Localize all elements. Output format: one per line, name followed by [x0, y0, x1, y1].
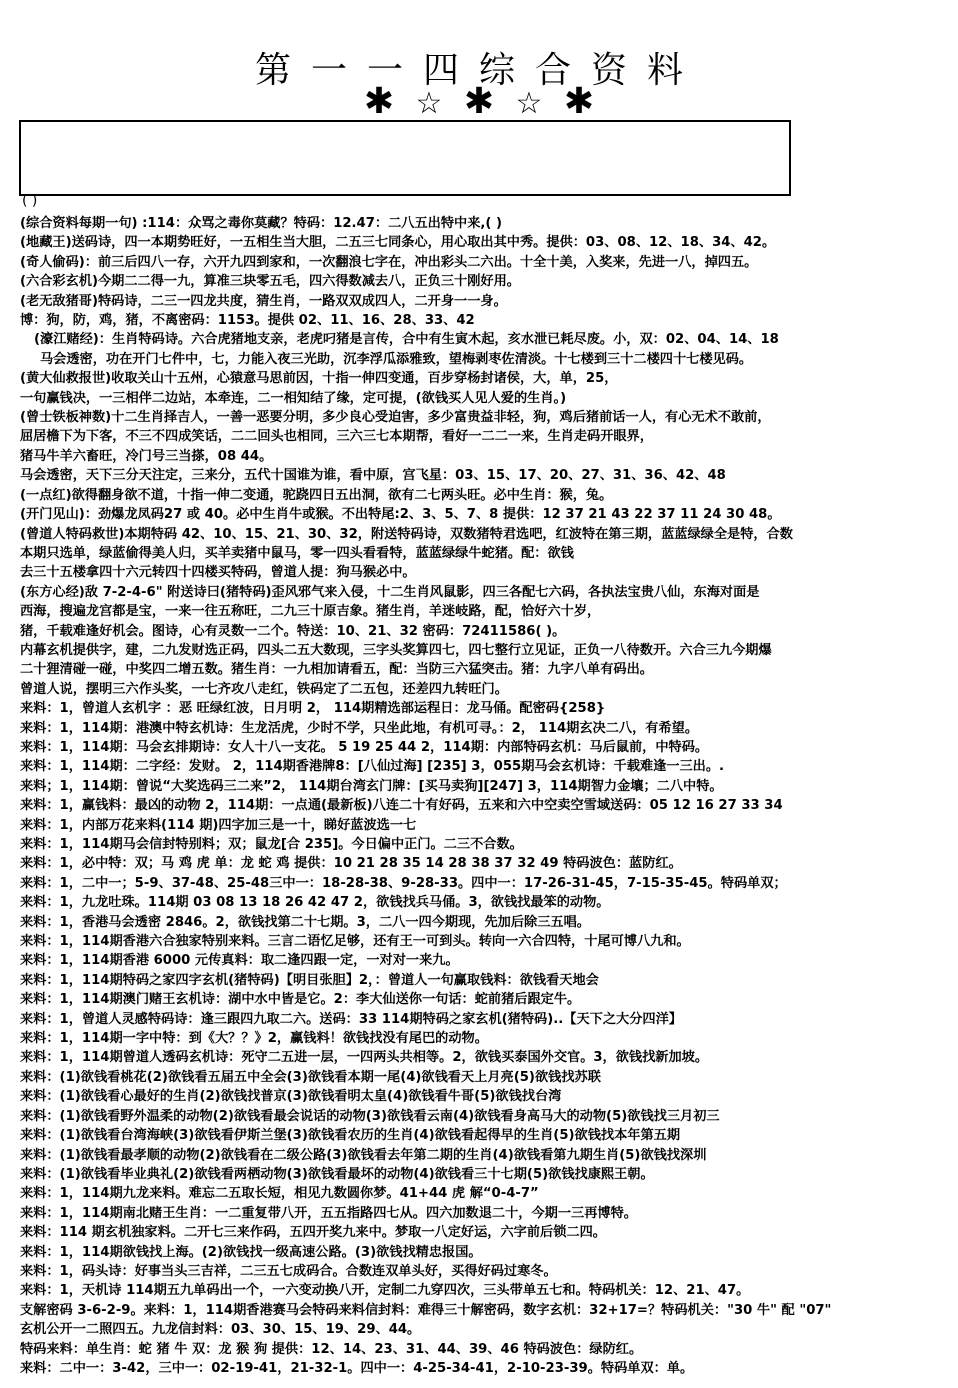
text-line: (开门见山)：劲爆龙凤码27 或 40。必中生肖牛或猴。不出特尾:2、3、5、7…	[20, 505, 955, 524]
text-line: 来料：(1)欲钱看最孝顺的动物(2)欲钱看在二级公路(3)欲钱看去年第二期的生肖…	[20, 1146, 955, 1165]
text-line: 一句赢钱决，一三相伴二边站，本牵连，二一相知结了缘，定可提，(欲钱买人见人爱的生…	[20, 389, 955, 408]
text-line: 来料：1，曾道人灵感特码诗：逢三跟四九取二六。送码：33 114期特码之家玄机(…	[20, 1010, 955, 1029]
text-line: (地藏王)送码诗，四一本期势旺好，一五相生当大胆，二五三七同条心，用心取出其中秀…	[20, 233, 955, 252]
text-line: 猪，千载难逢好机会。图诗，心有灵数一二个。特送：10、21、32 密码：7241…	[20, 622, 955, 641]
text-line: 来料：1，天机诗 114期五九单码出一个，一六变动换八开，定制二九穿四次，三头带…	[20, 1281, 955, 1300]
text-line: 来料：1，114期九龙来料。难忘二五取长短，相见九数圆你梦。41+44 虎 解“…	[20, 1184, 955, 1203]
text-line: 来料：1，114期澳门赌王玄机诗：湖中水中皆是它。2：李大仙送你一句话：蛇前猪后…	[20, 990, 955, 1009]
text-line: 来料：(1)欲钱看野外温柔的动物(2)欲钱看最会说话的动物(3)欲钱看云南(4)…	[20, 1107, 955, 1126]
text-line: 来料：1，内部万花来料(114 期)四字加三是一十，睇好蓝波选一七	[20, 816, 955, 835]
text-line: 来料：(1)欲钱看毕业典礼(2)欲钱看两栖动物(3)欲钱看最坏的动物(4)欲钱看…	[20, 1165, 955, 1184]
text-line: 来料：1，114期：马会玄排期诗：女人十八一支花。 5 19 25 44 2，1…	[20, 738, 955, 757]
text-line: 内幕玄机提供字，建，二九发财选正码，四头二五大数现，三字头奖算四七，四七整行立见…	[20, 641, 955, 660]
text-line: (六合彩玄机)今期二二得一九，算准三块零五毛，四六得数减去八，正负三十刚好用。	[20, 272, 955, 291]
blank-banner-box	[19, 120, 791, 196]
text-line: 博：狗，防，鸡，猪，不离密码：1153。提供 02、11、16、28、33、42	[20, 311, 955, 330]
document-body: (综合资料每期一句) :114：众骂之毒你莫藏？特码：12.47：二八五出特中来…	[20, 214, 955, 1378]
asterisk-star-icon: ✱	[454, 84, 504, 120]
text-line: 来料：114 期玄机独家料。二开七三来作码，五四开奖九来中。梦取一八定好运，六字…	[20, 1223, 955, 1242]
text-line: 马会透密，功在开门七件中，七，力能入夜三光助，沉李浮瓜添雅致，望梅剥枣佐清淡。十…	[20, 350, 955, 369]
text-line: 来料：(1)欲钱看台湾海峡(3)欲钱看伊斯兰堡(3)欲钱看农历的生肖(4)欲钱看…	[20, 1126, 955, 1145]
text-line: 来料；1，114期：曾说“大奖选码三二来”2， 114期台湾玄门牌：[买马卖狗]…	[20, 777, 955, 796]
text-line: 特码来料：单生肖：蛇 猪 牛 双：龙 猴 狗 提供：12、14、23、31、44…	[20, 1340, 955, 1359]
text-line: (东方心经)敌 7-2-4-6" 附送诗曰(猪特码)歪风邪气来入侵，十二生肖风鼠…	[20, 583, 955, 602]
text-line: 来料：1，九龙吐珠。114期 03 08 13 18 26 42 47 2，欲钱…	[20, 893, 955, 912]
asterisk-star-icon: ✱	[354, 84, 404, 120]
text-line: (老无敌猪哥)特码诗，二三一四龙共度，猜生肖，一路双双成四人，二开身一一身。	[20, 292, 955, 311]
text-line: 来料：二中一：3-42，三中一：02-19-41，21-32-1。四中一：4-2…	[20, 1359, 955, 1378]
outline-star-icon: ☆	[504, 86, 554, 122]
text-line: 来料：1，曾道人玄机字 ：恶 旺绿红波，日月明 2， 114期精选部运程日：龙马…	[20, 699, 955, 718]
text-line: (一点红)欲得翻身欲不道，十指一伸二变通，驼跷四日五出洞，欲有二七两头旺。必中生…	[20, 486, 955, 505]
text-line: 来料：(1)欲钱看心最好的生肖(2)欲钱找普京(3)欲钱看明太皇(4)欲钱看牛哥…	[20, 1087, 955, 1106]
text-line: 来料：1，114期一字中特：到《大？？》2，赢钱料！欲钱找没有尾巴的动物。	[20, 1029, 955, 1048]
text-line: 二十狸清碰一碰，中奖四二增五数。猪生肖：一九相加请看五，配：当防三六猛突击。猪：…	[20, 660, 955, 679]
text-line: (曾士铁板神数)十二生肖择吉人，一善一恶要分明，多少良心受迫害，多少富贵益非轻，…	[20, 408, 955, 427]
text-line: 来料：1，114期香港 6000 元传真料：取二逢四跟一定，一对对一来九。	[20, 951, 955, 970]
text-line: 来料：1，114期香港六合独家特别来料。三言二语忆足够，还有王一可到头。转向一六…	[20, 932, 955, 951]
text-line: 来料：1，114期曾道人透码玄机诗：死守二五进一层，一四两头共相等。2，欲钱买泰…	[20, 1048, 955, 1067]
text-line: 来料：(1)欲钱看桃花(2)欲钱看五届五中全会(3)欲钱看本期一尾(4)欲钱看天…	[20, 1068, 955, 1087]
text-line: 来料：1，114期特码之家四字玄机(猪特码)【明目张胆】2，：曾道人一句赢取钱料…	[20, 971, 955, 990]
text-line: 来料：1，114期马会信封特别料；双；鼠龙[合 235]。今日偏中正门。二三不合…	[20, 835, 955, 854]
text-line: 来料：1，香港马会透密 2846。2，欲钱找第二十七期。3，二八一四今期现，先加…	[20, 913, 955, 932]
text-line: 来料：1，二中一；5-9、37-48、25-48三中一：18-28-38、9-2…	[20, 874, 955, 893]
text-line: 本期只选单，绿蓝偷得美人归，买羊卖猪中鼠马，零一四头看看特，蓝蓝绿绿牛蛇猪。配：…	[20, 544, 955, 563]
text-line: (曾道人特码救世)本期特码 42、10、15、21、30、32，附送特码诗，双数…	[20, 525, 955, 544]
text-line: (濠江赌经)：生肖特码诗。六合虎猪地支亲，老虎叼猪是言传，合中有生寅木起，亥水泄…	[20, 330, 955, 349]
text-line: 来料：1，114期南北赌王生肖：一二重复带八开，五五指路四七从。四六加数退二十，…	[20, 1204, 955, 1223]
text-line: 来料：1，114期欲钱找上海。(2)欲钱找一级高速公路。(3)欲钱找精忠报国。	[20, 1243, 955, 1262]
text-line: 来料：1，赢钱料：最凶的动物 2，114期：一点通(最新板)八连二十有好码，五来…	[20, 796, 955, 815]
empty-parenthesis-line: ( )	[22, 193, 322, 209]
text-line: 来料：1，码头诗：好事当头三吉祥，二三五七成码合。合数连双单头好，买得好码过寒冬…	[20, 1262, 955, 1281]
text-line: 来料：1，114期：港澳中特玄机诗：生龙活虎，少时不学，只坐此地，有机可寻。：2…	[20, 719, 955, 738]
text-line: 猪马牛羊六畜旺，冷门号三当搽，08 44。	[20, 447, 955, 466]
text-line: (综合资料每期一句) :114：众骂之毒你莫藏？特码：12.47：二八五出特中来…	[20, 214, 955, 233]
text-line: 玄机公开一二照四五。九龙信封料：03、30、15、19、29、44。	[20, 1320, 955, 1339]
outline-star-icon: ☆	[404, 86, 454, 122]
text-line: 支解密码 3-6-2-9。来料：1，114期香港赛马会特码来料信封料：难得三十解…	[20, 1301, 955, 1320]
text-line: 屈居檐下为下客，不三不四成笑话，二二回头也相同，三六三七本期帮，看好一二二一来，…	[20, 427, 955, 446]
text-line: 来料：1，必中特：双；马 鸡 虎 单：龙 蛇 鸡 提供：10 21 28 35 …	[20, 854, 955, 873]
text-line: 西海，搜遍龙宫都是宝，一来一往五称旺，二九三十原吉象。猪生肖，羊迷岐路，配，恰好…	[20, 602, 955, 621]
text-line: 来料：1，114期：二字经：发财。 2，114期香港牌8：[八仙过海] [235…	[20, 757, 955, 776]
asterisk-star-icon: ✱	[554, 84, 604, 120]
text-line: 马会透密，天下三分天注定，三来分，五代十国谁为谁，看中原，宫飞星：03、15、1…	[20, 466, 955, 485]
text-line: 去三十五楼拿四十六元转四十四楼买特码，曾道人提：狗马猴必中。	[20, 563, 955, 582]
star-decoration-row: ✱☆✱☆✱	[0, 84, 958, 122]
text-line: 曾道人说，摆明三六作头奖，一七齐攻八走红，铁码定了二五包，还差四九转旺门。	[20, 680, 955, 699]
text-line: (黄大仙救报世)收取关山十五州，心猿意马思前因，十指一伸四变通，百步穿杨封诸侯，…	[20, 369, 955, 388]
text-line: (奇人偷码)：前三后四八一存，六开九四到家和，一次翻浪七字在，冲出彩头二六出。十…	[20, 253, 955, 272]
